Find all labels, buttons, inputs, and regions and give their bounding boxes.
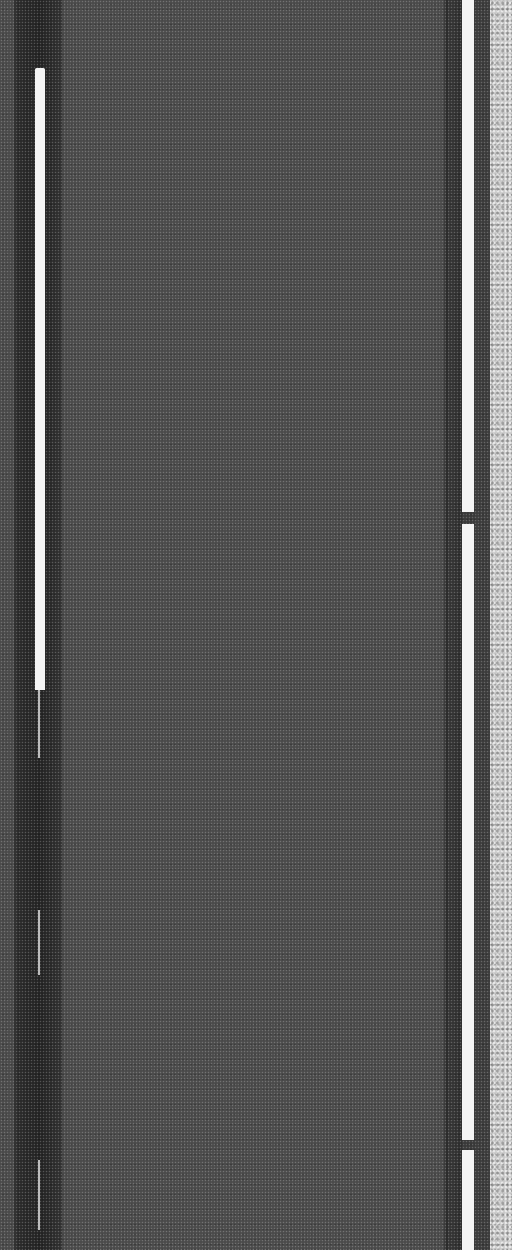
left-edge-line-solid xyxy=(35,68,45,690)
left-edge-line-fade xyxy=(38,690,40,758)
left-edge-dash xyxy=(38,1160,40,1230)
gravel-texture xyxy=(490,0,512,1250)
asphalt-lane xyxy=(62,0,452,1250)
right-pavement-seam xyxy=(446,0,448,1250)
road-image xyxy=(0,0,512,1250)
right-edge-line-segment xyxy=(462,1150,474,1250)
right-edge-line-segment xyxy=(462,524,474,1140)
left-pavement-seam xyxy=(14,0,16,1250)
left-edge-dash xyxy=(38,910,40,975)
right-edge-line-segment xyxy=(462,0,474,512)
